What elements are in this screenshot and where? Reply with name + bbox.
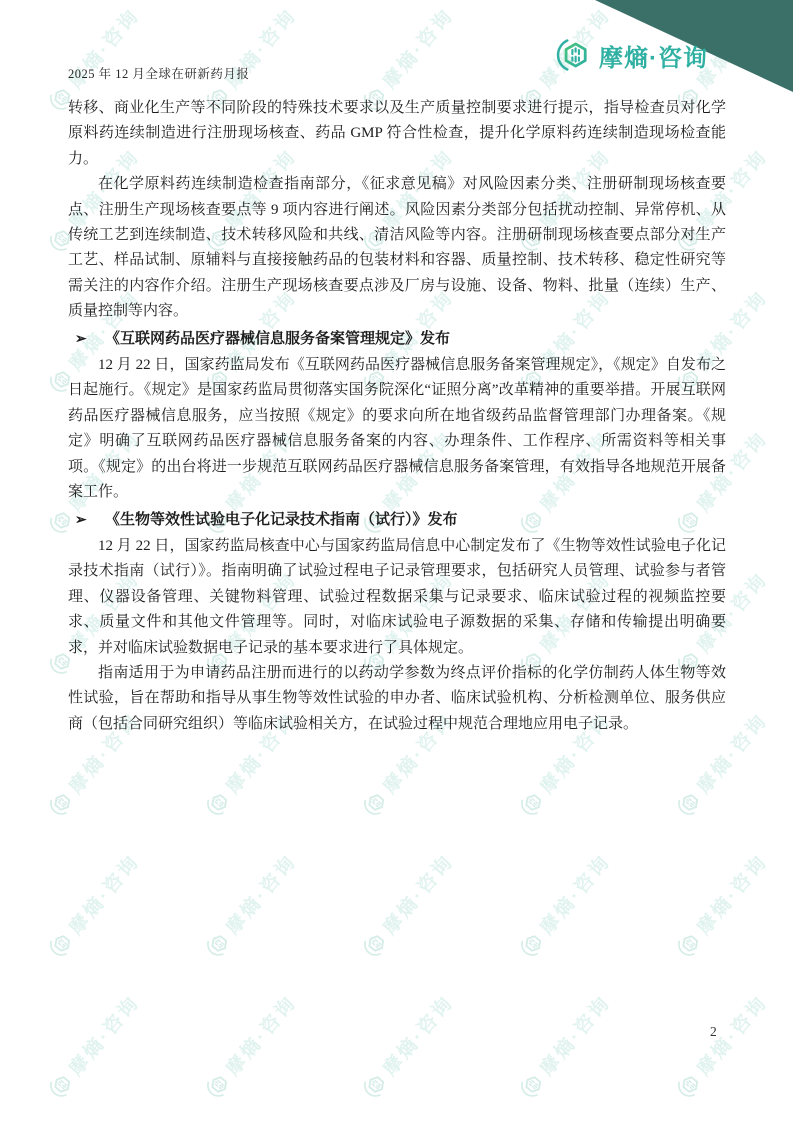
watermark-text: 摩熵·咨询 (376, 2, 459, 94)
watermark-text: 摩熵·咨询 (219, 848, 302, 940)
arrow-bullet-icon: ➢ (68, 327, 105, 352)
brand-hexagon-icon (672, 1068, 706, 1102)
watermark: 摩熵·咨询 (43, 848, 145, 962)
watermark: 摩熵·咨询 (43, 989, 145, 1103)
brand-hexagon-icon (515, 927, 549, 961)
watermark: 摩熵·咨询 (671, 989, 773, 1103)
watermark-text: 摩熵·咨询 (533, 989, 616, 1081)
brand-hexagon-icon (44, 1068, 78, 1102)
brand-hexagon-icon (556, 37, 592, 73)
watermark-text: 摩熵·咨询 (219, 989, 302, 1081)
document-page: 摩熵·咨询 摩熵·咨询 摩熵·咨询 (0, 0, 793, 1122)
brand-hexagon-icon (672, 786, 706, 820)
brand-hexagon-icon (44, 786, 78, 820)
watermark-text: 摩熵·咨询 (690, 989, 773, 1081)
brand-hexagon-icon (358, 786, 392, 820)
watermark: 摩熵·咨询 (357, 989, 459, 1103)
brand-hexagon-icon (201, 1068, 235, 1102)
arrow-bullet-icon: ➢ (68, 508, 105, 533)
watermark: 摩熵·咨询 (357, 848, 459, 962)
brand-wordmark: 摩熵·咨询 (599, 38, 708, 73)
watermark-text: 摩熵·咨询 (376, 848, 459, 940)
watermark: 摩熵·咨询 (514, 989, 616, 1103)
paragraph: 12 月 22 日，国家药监局核查中心与国家药监局信息中心制定发布了《生物等效性… (68, 534, 726, 661)
paragraph: 在化学原料药连续制造检查指南部分，《征求意见稿》对风险因素分类、注册研制现场核查… (68, 172, 726, 324)
document-body: 转移、商业化生产等不同阶段的特殊技术要求以及生产质量控制要求进行提示，指导检查员… (68, 96, 726, 737)
watermark-text: 摩熵·咨询 (690, 848, 773, 940)
watermark-text: 摩熵·咨询 (62, 848, 145, 940)
brand-hexagon-icon (515, 786, 549, 820)
watermark-text: 摩熵·咨询 (376, 989, 459, 1081)
brand-hexagon-icon (201, 927, 235, 961)
paragraph: 转移、商业化生产等不同阶段的特殊技术要求以及生产质量控制要求进行提示，指导检查员… (68, 96, 726, 172)
brand-hexagon-icon (201, 786, 235, 820)
watermark: 摩熵·咨询 (200, 848, 302, 962)
paragraph: 指南适用于为申请药品注册而进行的以药动学参数为终点评价指标的化学仿制药人体生物等… (68, 661, 726, 737)
paragraph: 12 月 22 日，国家药监局发布《互联网药品医疗器械信息服务备案管理规定》，《… (68, 353, 726, 505)
brand-hexagon-icon (672, 927, 706, 961)
running-header-title: 2025 年 12 月全球在研新药月报 (68, 64, 249, 82)
brand-hexagon-icon (44, 927, 78, 961)
page-number: 2 (710, 1024, 717, 1040)
section-heading-text: 《互联网药品医疗器械信息服务备案管理规定》发布 (105, 327, 726, 352)
brand-logo: 摩熵·咨询 (556, 37, 708, 73)
watermark: 摩熵·咨询 (514, 848, 616, 962)
watermark-text: 摩熵·咨询 (533, 848, 616, 940)
watermark: 摩熵·咨询 (200, 989, 302, 1103)
watermark-text: 摩熵·咨询 (62, 989, 145, 1081)
section-heading-text: 《生物等效性试验电子化记录技术指南（试行）》发布 (105, 508, 726, 533)
brand-hexagon-icon (358, 1068, 392, 1102)
section-heading: ➢ 《生物等效性试验电子化记录技术指南（试行）》发布 (68, 508, 726, 533)
brand-hexagon-icon (515, 1068, 549, 1102)
section-heading: ➢ 《互联网药品医疗器械信息服务备案管理规定》发布 (68, 327, 726, 352)
watermark: 摩熵·咨询 (671, 848, 773, 962)
brand-hexagon-icon (358, 927, 392, 961)
